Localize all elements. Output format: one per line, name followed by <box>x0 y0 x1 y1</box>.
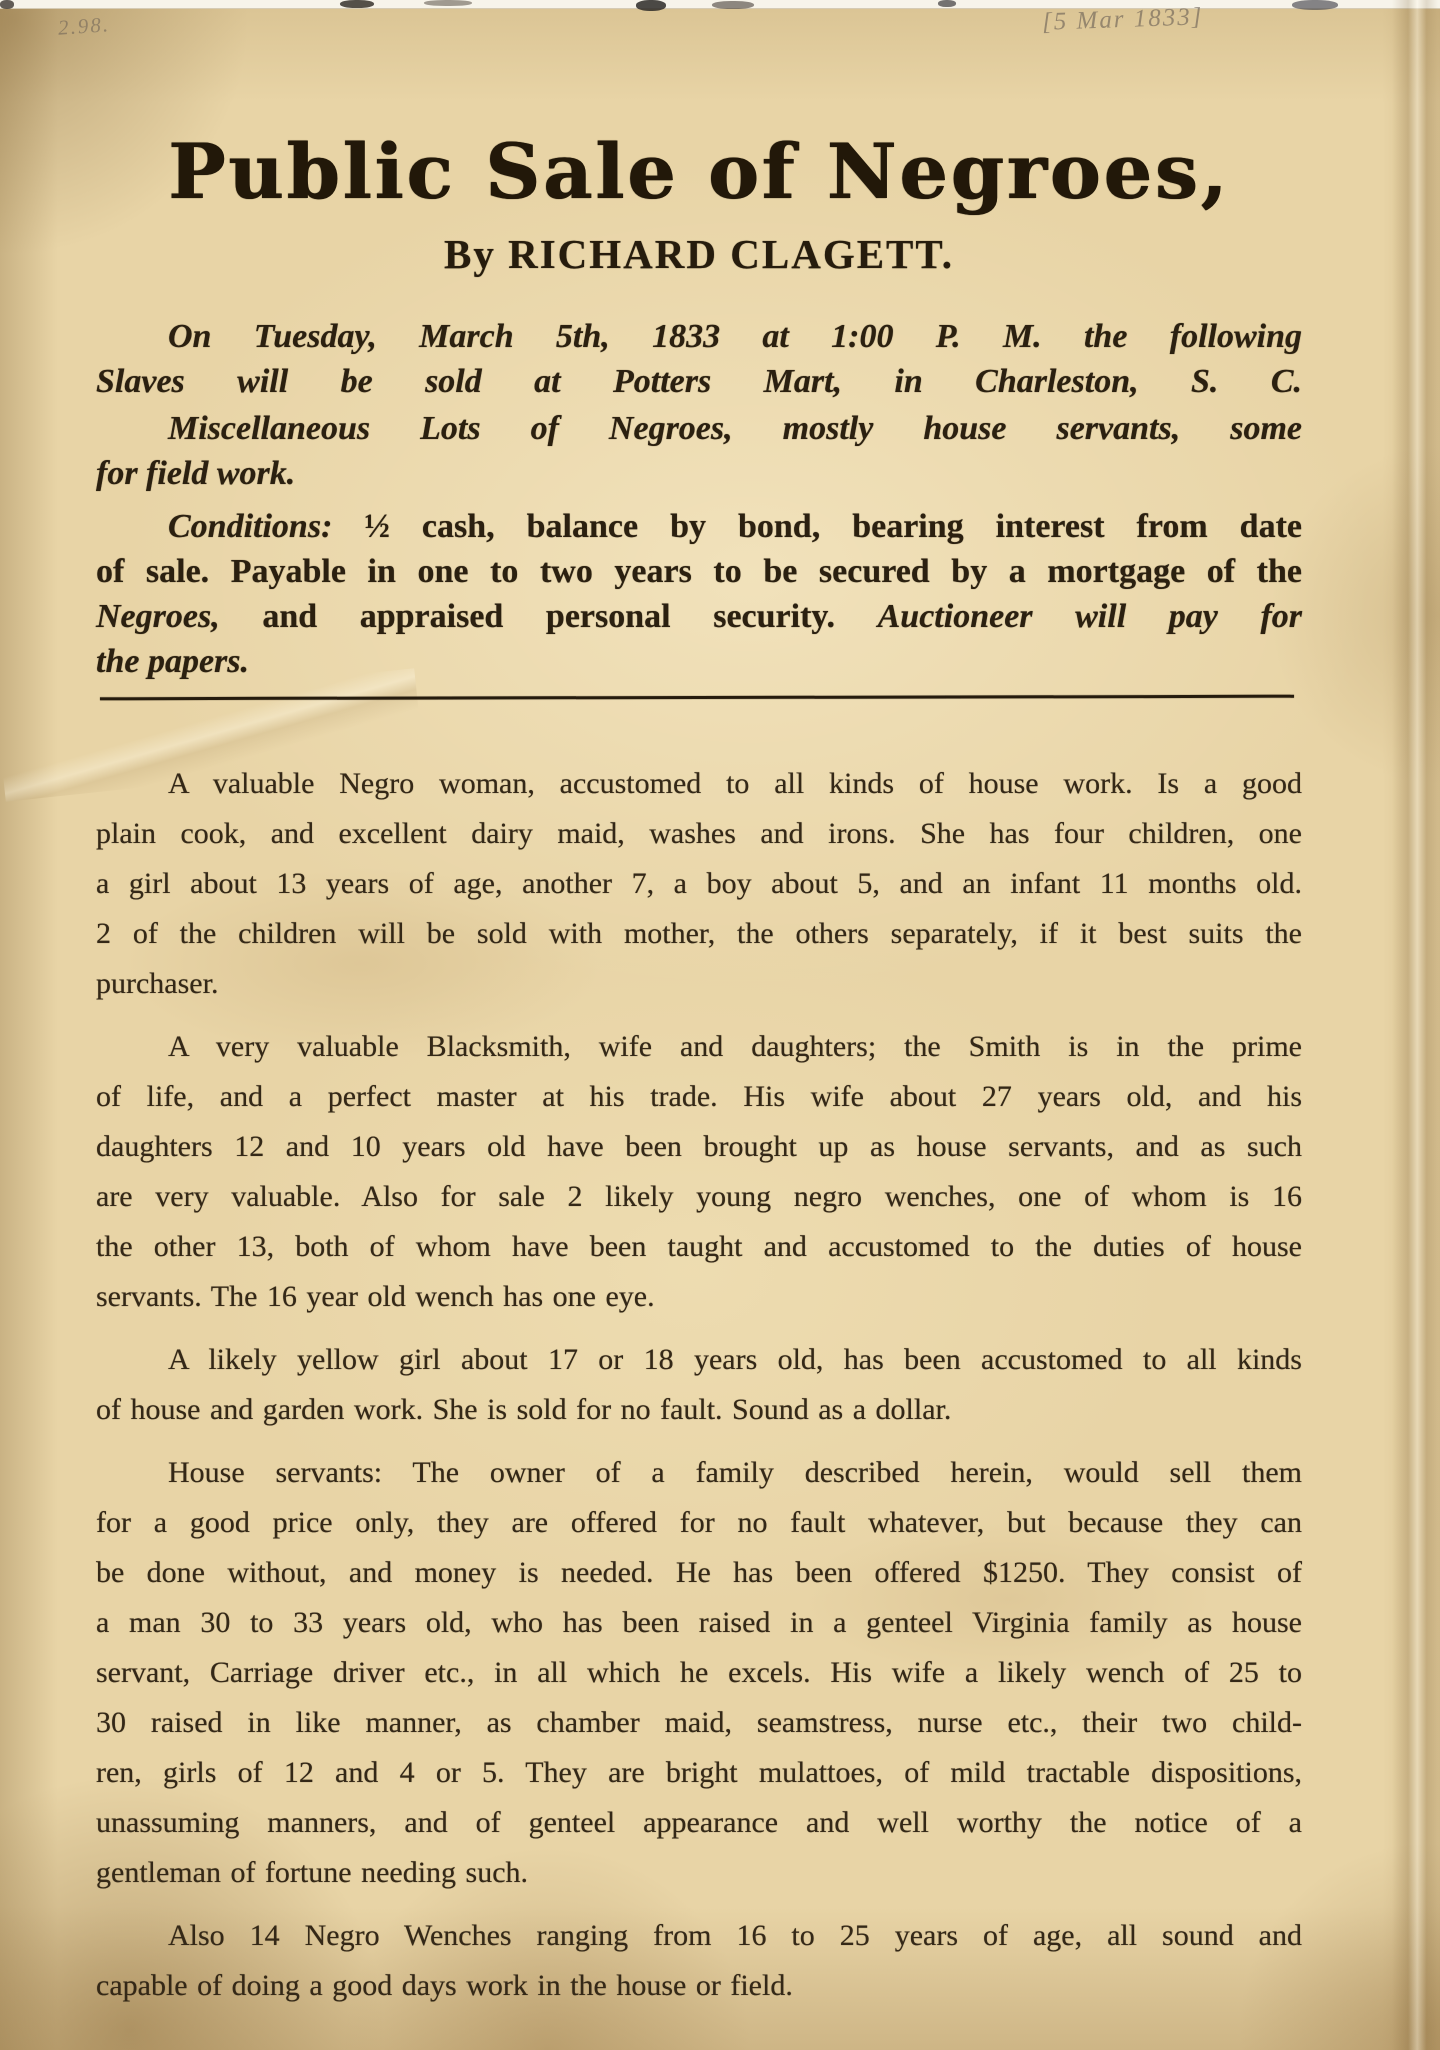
text-segment: are very valuable. Also for sale 2 likel… <box>96 1180 1302 1213</box>
document-content: Public Sale of Negroes, By RICHARD CLAGE… <box>0 126 1440 2011</box>
text-segment: A valuable Negro woman, accustomed to al… <box>168 767 1302 800</box>
text-line: plain cook, and excellent dairy maid, wa… <box>96 809 1302 859</box>
text-segment: purchaser. <box>96 967 218 1000</box>
paragraph: A valuable Negro woman, accustomed to al… <box>96 759 1302 1009</box>
paragraph: On Tuesday, March 5th, 1833 at 1:00 P. M… <box>96 314 1302 404</box>
text-segment: A very valuable Blacksmith, wife and dau… <box>168 1030 1302 1063</box>
text-segment: plain cook, and excellent dairy maid, wa… <box>96 817 1302 850</box>
text-segment: the papers. <box>96 643 249 680</box>
pencil-annotation-top-left: 2.98. <box>57 12 111 41</box>
text-segment: unassuming manners, and of genteel appea… <box>96 1806 1302 1839</box>
paragraph: Conditions: ½ cash, balance by bond, bea… <box>96 504 1302 684</box>
text-line: 30 raised in like manner, as chamber mai… <box>96 1698 1302 1748</box>
text-segment: 2 of the children will be sold with moth… <box>96 917 1302 950</box>
text-line: Miscellaneous Lots of Negroes, mostly ho… <box>96 406 1302 451</box>
paragraph: Miscellaneous Lots of Negroes, mostly ho… <box>96 406 1302 496</box>
edge-mark <box>340 0 374 8</box>
text-segment: 30 raised in like manner, as chamber mai… <box>96 1706 1302 1739</box>
text-line: a man 30 to 33 years old, who has been r… <box>96 1598 1302 1648</box>
text-segment: daughters 12 and 10 years old have been … <box>96 1130 1302 1163</box>
text-line: be done without, and money is needed. He… <box>96 1548 1302 1598</box>
text-line: On Tuesday, March 5th, 1833 at 1:00 P. M… <box>96 314 1302 359</box>
text-segment: House servants: The owner of a family de… <box>168 1456 1302 1489</box>
text-segment: of house and garden work. She is sold fo… <box>96 1393 951 1426</box>
text-line: the other 13, both of whom have been tau… <box>96 1222 1302 1272</box>
text-line: of house and garden work. She is sold fo… <box>96 1385 1302 1435</box>
text-segment: of life, and a perfect master at his tra… <box>96 1080 1302 1113</box>
text-segment: Slaves will be sold at Potters Mart, in … <box>96 363 1302 400</box>
text-line: of life, and a perfect master at his tra… <box>96 1072 1302 1122</box>
text-line: servants. The 16 year old wench has one … <box>96 1272 1302 1322</box>
text-segment: a man 30 to 33 years old, who has been r… <box>96 1606 1302 1639</box>
text-segment: for field work. <box>96 455 295 492</box>
text-line: of sale. Payable in one to two years to … <box>96 549 1302 594</box>
text-line: A very valuable Blacksmith, wife and dau… <box>96 1022 1302 1072</box>
text-segment: servants. The 16 year old wench has one … <box>96 1280 655 1313</box>
text-line: Also 14 Negro Wenches ranging from 16 to… <box>96 1911 1302 1961</box>
edge-mark <box>1292 0 1338 10</box>
text-line: A valuable Negro woman, accustomed to al… <box>96 759 1302 809</box>
text-line: gentleman of fortune needing such. <box>96 1848 1302 1898</box>
paragraph: Also 14 Negro Wenches ranging from 16 to… <box>96 1911 1302 2011</box>
paragraph: A very valuable Blacksmith, wife and dau… <box>96 1022 1302 1322</box>
text-segment: ren, girls of 12 and 4 or 5. They are br… <box>96 1756 1302 1789</box>
text-segment: Conditions: <box>168 508 364 545</box>
text-line: Negroes, and appraised personal security… <box>96 594 1302 639</box>
text-segment: a girl about 13 years of age, another 7,… <box>96 867 1302 900</box>
broadside-document: 2.98. [5 Mar 1833] Public Sale of Negroe… <box>0 0 1440 2050</box>
text-line: Slaves will be sold at Potters Mart, in … <box>96 359 1302 404</box>
text-line: A likely yellow girl about 17 or 18 year… <box>96 1335 1302 1385</box>
text-line: daughters 12 and 10 years old have been … <box>96 1122 1302 1172</box>
edge-mark <box>712 1 754 9</box>
text-line: House servants: The owner of a family de… <box>96 1448 1302 1498</box>
intro-section: On Tuesday, March 5th, 1833 at 1:00 P. M… <box>96 314 1302 684</box>
text-line: unassuming manners, and of genteel appea… <box>96 1798 1302 1848</box>
text-line: capable of doing a good days work in the… <box>96 1961 1302 2011</box>
document-title: Public Sale of Negroes, <box>96 126 1302 218</box>
text-segment: capable of doing a good days work in the… <box>96 1969 793 2002</box>
edge-mark <box>938 0 956 7</box>
text-segment: ½ cash, balance by bond, bearing interes… <box>364 508 1302 545</box>
text-line: for a good price only, they are offered … <box>96 1498 1302 1548</box>
text-line: servant, Carriage driver etc., in all wh… <box>96 1648 1302 1698</box>
paragraph: House servants: The owner of a family de… <box>96 1448 1302 1898</box>
body-section: A valuable Negro woman, accustomed to al… <box>96 759 1302 2011</box>
edge-mark <box>636 0 666 11</box>
text-line: ren, girls of 12 and 4 or 5. They are br… <box>96 1748 1302 1798</box>
pencil-annotation-date: [5 Mar 1833] <box>1042 3 1204 37</box>
text-segment: be done without, and money is needed. He… <box>96 1556 1302 1589</box>
text-segment: Also 14 Negro Wenches ranging from 16 to… <box>168 1919 1302 1952</box>
text-line: the papers. <box>96 639 1302 684</box>
text-segment: On Tuesday, March 5th, 1833 at 1:00 P. M… <box>168 318 1302 355</box>
text-segment: for a good price only, they are offered … <box>96 1506 1302 1539</box>
edge-mark <box>0 0 14 9</box>
text-segment: Miscellaneous Lots of Negroes, mostly ho… <box>168 410 1302 447</box>
text-line: for field work. <box>96 451 1302 496</box>
text-segment: gentleman of fortune needing such. <box>96 1856 528 1889</box>
document-subtitle: By RICHARD CLAGETT. <box>96 230 1302 278</box>
text-segment: A likely yellow girl about 17 or 18 year… <box>168 1343 1302 1376</box>
text-segment: Negroes, <box>96 598 262 635</box>
text-segment: of sale. Payable in one to two years to … <box>96 553 1302 590</box>
text-line: Conditions: ½ cash, balance by bond, bea… <box>96 504 1302 549</box>
text-line: are very valuable. Also for sale 2 likel… <box>96 1172 1302 1222</box>
text-line: purchaser. <box>96 959 1302 1009</box>
text-segment: servant, Carriage driver etc., in all wh… <box>96 1656 1302 1689</box>
divider-rule <box>100 695 1294 701</box>
text-segment: and appraised personal security. <box>262 598 877 635</box>
edge-mark <box>424 0 472 6</box>
text-segment: Auctioneer will pay for <box>878 598 1302 635</box>
paragraph: A likely yellow girl about 17 or 18 year… <box>96 1335 1302 1435</box>
text-segment: the other 13, both of whom have been tau… <box>96 1230 1302 1263</box>
text-line: a girl about 13 years of age, another 7,… <box>96 859 1302 909</box>
text-line: 2 of the children will be sold with moth… <box>96 909 1302 959</box>
